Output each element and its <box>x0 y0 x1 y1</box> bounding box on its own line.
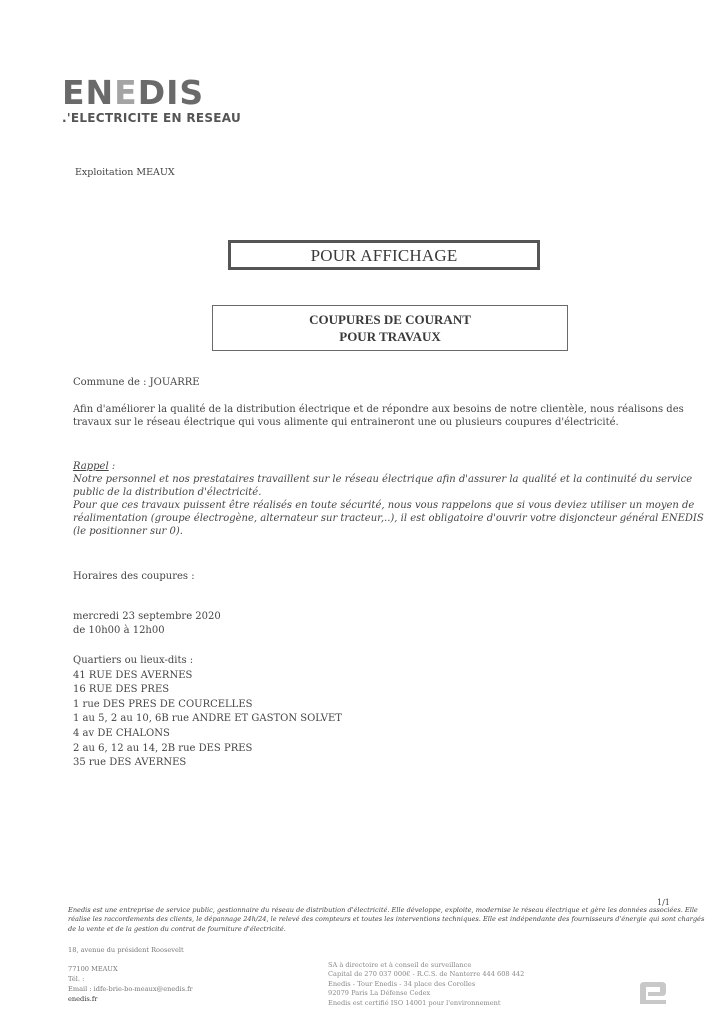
address-street: 18, avenue du président Roosevelt <box>68 945 193 955</box>
outage-date: mercredi 23 septembre 2020 <box>73 610 221 623</box>
logo-tagline: .'ELECTRICITE EN RESEAU <box>62 111 241 125</box>
horaires-label: Horaires des coupures : <box>73 570 195 583</box>
list-item: 4 av DE CHALONS <box>73 727 342 742</box>
exploitation-label: Exploitation MEAUX <box>75 167 175 178</box>
address-city: 77100 MEAUX <box>68 964 193 974</box>
list-item: 1 rue DES PRES DE COURCELLES <box>73 698 342 713</box>
rappel-title: Rappel <box>73 461 109 472</box>
list-item: 35 rue DES AVERNES <box>73 756 342 771</box>
quartiers-label: Quartiers ou lieux-dits : <box>73 654 342 669</box>
list-item: 16 RUE DES PRES <box>73 683 342 698</box>
coupures-box: COUPURES DE COURANT POUR TRAVAUX <box>212 305 568 351</box>
list-item: 41 RUE DES AVERNES <box>73 669 342 684</box>
email: Email : idfe-brie-bo-meaux@enedis.fr <box>68 984 193 994</box>
enedis-mark-icon <box>636 978 670 1008</box>
rappel-section: Rappel : Notre personnel et nos prestata… <box>73 460 713 538</box>
logo-wordmark: ENEDIS <box>62 76 204 110</box>
address-block: 18, avenue du président Roosevelt 77100 … <box>68 945 193 1004</box>
company-info: SA à directoire et à conseil de surveill… <box>328 961 524 1008</box>
intro-paragraph: Afin d'améliorer la qualité de la distri… <box>73 403 713 429</box>
list-item: 2 au 6, 12 au 14, 2B rue DES PRES <box>73 742 342 757</box>
pour-affichage-box: POUR AFFICHAGE <box>228 240 540 270</box>
coupures-title-line1: COUPURES DE COURANT <box>213 311 567 328</box>
rappel-paragraph-1: Notre personnel et nos prestataires trav… <box>73 473 713 499</box>
list-item: 1 au 5, 2 au 10, 6B rue ANDRE ET GASTON … <box>73 712 342 727</box>
legal-notice: Enedis est une entreprise de service pub… <box>68 906 708 934</box>
outage-time: de 10h00 à 12h00 <box>73 624 165 637</box>
coupures-title-line2: POUR TRAVAUX <box>213 328 567 345</box>
pour-affichage-title: POUR AFFICHAGE <box>231 243 537 268</box>
enedis-logo: ENEDIS .'ELECTRICITE EN RESEAU <box>62 76 232 126</box>
rappel-paragraph-2: Pour que ces travaux puissent être réali… <box>73 499 713 538</box>
quartiers-list: Quartiers ou lieux-dits : 41 RUE DES AVE… <box>73 654 342 771</box>
commune-label: Commune de : JOUARRE <box>73 376 200 389</box>
telephone: Tél. : <box>68 974 193 984</box>
website: enedis.fr <box>68 994 193 1004</box>
